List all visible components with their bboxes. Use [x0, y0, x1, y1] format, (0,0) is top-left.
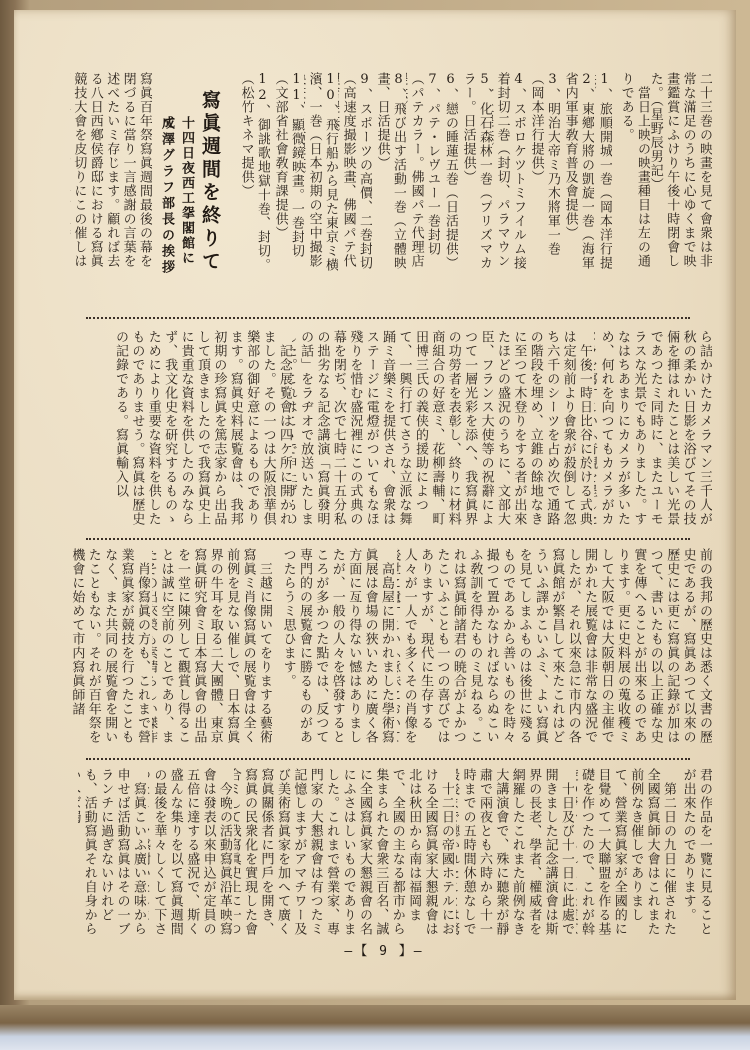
band-4-conventions: 君の作品を一覽に見ることが出來たのであります。 第二日の九日に催された全國寫眞師… — [72, 768, 712, 940]
speech-paragraph-lectures: 十日及び十一日に此處で開きました記念講演會は斯界の長老、學者、權威者を網羅したこ… — [456, 768, 574, 940]
speech-paragraph-works: 君の作品を一覽に見ることが出來たのであります。 — [678, 768, 712, 940]
film-item-2: 2、東鄕大將の凱旋一巻（海軍省内軍事敎育普及會提供） — [560, 72, 594, 277]
magazine-page: 二十三巻の映畫を見て會衆は非常な滿足のうちに心ゆくまで映畫鑑賞にふけり午後十時閉… — [14, 10, 736, 1000]
intro-paragraph-2: 當日上映の映畫種目は左の通りである。 — [616, 72, 650, 277]
band-2-speech-continued: ら詰かけたカメラマン三千人が秋の柔かい日影を浴びてその技倆を揮はれたことは美しい… — [72, 330, 712, 535]
speech-paragraph-cameramen: ら詰かけたカメラマン三千人が秋の柔かい日影を浴びてその技倆を揮はれたことは美しい… — [594, 330, 712, 535]
film-item-4: 4、スポロケツトミフイルム接着封切二巻（封切、パラマウント會社提供） — [492, 72, 526, 277]
section-divider-3 — [86, 758, 690, 760]
film-item-10: 10、飛行船から見た東京ミ横濱、一巻（日本初期の空中撮影映畫、日活提供） — [304, 72, 338, 277]
band-1-film-list-and-speech: 二十三巻の映畫を見て會衆は非常な滿足のうちに心ゆくまで映畫鑑賞にふけり午後十時閉… — [72, 72, 712, 277]
intro-paragraph-1: 二十三巻の映畫を見て會衆は非常な滿足のうちに心ゆくまで映畫鑑賞にふけり午後十時閉… — [650, 72, 712, 277]
section-divider-1 — [86, 317, 690, 319]
film-item-1: 1、旅順開城一巻（岡本洋行提供） — [595, 72, 612, 277]
film-item-5: 5、化石森林一巻（プリズマカラー。日活提供） — [458, 72, 492, 277]
section-divider-2 — [86, 538, 690, 540]
film-item-8: 8、飛び出す活動一巻（立體映畫、日活提供） — [372, 72, 406, 277]
film-item-3: 3、明治大帝ミ乃木將軍一巻（岡本洋行提供） — [526, 72, 560, 277]
film-item-11: 11、顯微鏡映畫。一巻封切（文部省社會敎育課提供） — [270, 72, 304, 277]
speech-paragraph-motion-pictures: 寫眞こいふ廣い意味から申せば活動寫眞はその一ブランチに過ぎないけれども、活動寫眞… — [78, 768, 146, 940]
band-3-exhibitions: 前の我邦の歷史は悉く文書の歷史であるが、寫眞あつて以來の歷史には更に寫眞の記錄が… — [72, 548, 712, 753]
speech-paragraph-imperial-hotel: 十二日の帝國ホテルにおける全國寫眞家大懇親會は北は秋田から南は福岡まで、全國の主… — [234, 768, 454, 940]
article-subtitle-speaker: 成澤グラフ部長の挨拶 — [157, 116, 176, 276]
film-item-9: 9、スポーツの高價、二巻封切（高速度撮影映畫、佛國パテ代理店提供） — [338, 72, 372, 277]
speech-paragraph-exhibitions: 記念展覧會は四ケ所に開かれました。その一つは大阪浪華倶樂部の御好意によるものであ… — [72, 330, 292, 535]
speech-opening-paragraph: 寫眞百年祭寫眞週間最後の幕を閉づるに當り一言感謝の言葉を述べたいミ存じます。顧れ… — [70, 72, 152, 277]
speech-paragraph-film-screening: 今晩の活動寫眞沿革映寫會は發表以來申込が定員の五倍に達する盛況で、斯く盛んな集り… — [148, 768, 232, 940]
page-number: —【 9 】— — [324, 940, 444, 959]
speech-paragraph-ceremony: 午後一時日比谷に於ける式典は定刻前より會衆が殺倒して忽ち六千のシーツを占め次で通… — [292, 330, 592, 535]
speech-paragraph-mitsukoshi: 三越に開いてをりまする藝術寫眞ミ肖像寫眞の展覧會は全く前例を見ない催しで、日本寫… — [152, 548, 272, 753]
speech-paragraph-history: 前の我邦の歷史は悉く文書の歷史であるが、寫眞あつて以來の歷史には更に寫眞の記錄が… — [397, 548, 712, 753]
film-item-12: 12、御誂歌地獄十巻、封切。（松竹キネマ提供） — [236, 72, 270, 277]
article-title: 寫眞週間を終りて — [197, 90, 224, 274]
film-item-7: 7、パテ・レヴユー一巻封切（パテカラー。佛國パテ代理店提供） — [406, 72, 440, 277]
speech-paragraph-portrait: 肖像寫眞の方も、これまで營業寫眞家が競技を行つたこともなく、また共同の展覧會を開… — [72, 548, 150, 753]
speech-paragraph-photographers-convention: 第二日の九日に催された全國寫眞師大會はこれまた前例なき催しでありまして、營業寫眞… — [576, 768, 676, 940]
film-item-6: 6、戀の睡蓮五巻（日活提供） — [441, 72, 458, 277]
book-bottom-edge — [0, 1005, 750, 1050]
speech-paragraph-takashimaya: 高島屋に開かれました學術寫眞展は會場の狹いために廣く各方面に亙り得ない憾はありま… — [276, 548, 394, 753]
